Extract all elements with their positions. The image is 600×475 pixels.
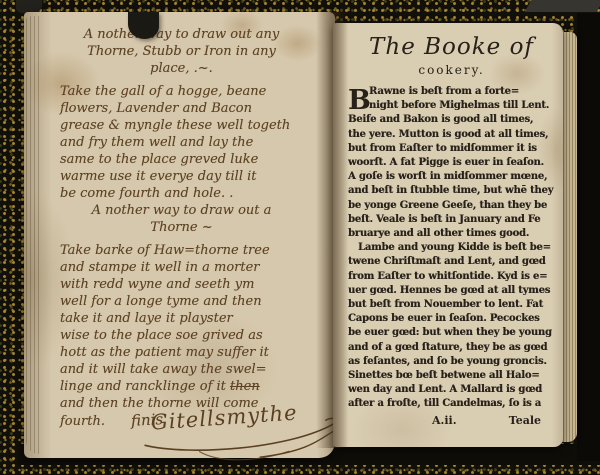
manuscript-heading-line: Thorne ~ bbox=[60, 219, 325, 236]
printed-line: but from Eaſter to midſommer it is bbox=[348, 142, 555, 156]
printed-line: Rawne is beſt from a forte= bbox=[348, 85, 555, 99]
manuscript-line: well for a longe tyme and then bbox=[60, 293, 325, 310]
drop-cap-letter: B bbox=[348, 87, 371, 114]
printed-line: beſt. Veale is beſt in January and Fe bbox=[348, 213, 555, 227]
gathering-signature-mark: A.ii. bbox=[432, 414, 457, 427]
manuscript-line-text: linge and rancklinge of it bbox=[60, 379, 230, 394]
printed-line: uer gœd. Hennes be gœd at all tymes bbox=[348, 284, 555, 298]
book-title: The Booke of bbox=[348, 32, 555, 62]
manuscript-heading-line: place, .~. bbox=[60, 60, 325, 77]
manuscript-heading-line: A nother way to draw out any bbox=[60, 26, 325, 43]
page-footer: A.ii. Teale bbox=[348, 414, 555, 427]
manuscript-line: take it and laye it playster bbox=[60, 310, 325, 327]
open-book-photo: A nother way to draw out any Thorne, Stu… bbox=[0, 0, 600, 475]
printed-line: Beife and Bakon is good all times, bbox=[348, 113, 555, 127]
printed-line: be yonge Greene Geeſe, than they be bbox=[348, 199, 555, 213]
closing-word: fourth. bbox=[60, 413, 105, 430]
printed-line: Sinettes bœ beſt betwene all Halo= bbox=[348, 369, 555, 383]
black-tab-mark bbox=[128, 12, 159, 39]
printed-line: A goſe is worſt in midſommer mœne, bbox=[348, 170, 555, 184]
book-subtitle: cookery. bbox=[348, 62, 555, 78]
manuscript-line: Take the gall of a hogge, beane bbox=[60, 83, 325, 100]
printed-line: after a froſte, till Candelmas, ſo is a bbox=[348, 397, 555, 411]
printed-line: from Eaſter to whitſontide. Kyd is e= bbox=[348, 270, 555, 284]
printed-line: and of a gœd ſtature, they be as gœd bbox=[348, 341, 555, 355]
printed-line: but beſt from Nouember to lent. Fat bbox=[348, 298, 555, 312]
printed-line: the yere. Mutton is good at all times, bbox=[348, 128, 555, 142]
printed-line: as feſantes, and ſo be young groncis. bbox=[348, 355, 555, 369]
printed-text-block: The Booke of cookery. B Rawne is beſt fr… bbox=[333, 23, 563, 427]
left-manuscript-page: A nother way to draw out any Thorne, Stu… bbox=[24, 12, 335, 458]
struck-word: then bbox=[230, 379, 260, 394]
manuscript-line: flowers, Lavender and Bacon bbox=[60, 100, 325, 117]
manuscript-line: hott as the patient may suffer it bbox=[60, 344, 325, 361]
printed-line: bruarye and all other times good. bbox=[348, 227, 555, 241]
manuscript-line: grease & myngle these well togeth bbox=[60, 117, 325, 134]
manuscript-line: be come fourth and hole. . bbox=[60, 185, 325, 202]
manuscript-text-block: A nother way to draw out any Thorne, Stu… bbox=[24, 12, 335, 430]
manuscript-line: Take barke of Haw=thorne tree bbox=[60, 242, 325, 259]
printed-line: twene Chriſtmaſt and Lent, and gœd bbox=[348, 255, 555, 269]
manuscript-line: with redd wyne and seeth ym bbox=[60, 276, 325, 293]
manuscript-line: wise to the place soe grived as bbox=[60, 327, 325, 344]
top-right-cloth-wedge bbox=[525, 0, 600, 12]
manuscript-heading-line: Thorne, Stubb or Iron in any bbox=[60, 43, 325, 60]
printed-line: Lambe and young Kidde is beſt be= bbox=[348, 241, 555, 255]
manuscript-line: warme use it everye day till it bbox=[60, 168, 325, 185]
printed-line: woorſt. A fat Pigge is euer in ſeaſon. bbox=[348, 156, 555, 170]
catchword: Teale bbox=[509, 414, 541, 427]
manuscript-line: and fry them well and lay the bbox=[60, 134, 325, 151]
manuscript-line: and stampe it well in a morter bbox=[60, 259, 325, 276]
manuscript-line: same to the place greved luke bbox=[60, 151, 325, 168]
printed-line: wen day and Lent. A Mallard is gœd bbox=[348, 383, 555, 397]
printed-line: Capons be euer in ſeaſon. Pecockes bbox=[348, 312, 555, 326]
printed-line: night before Mighelmas till Lent. bbox=[348, 99, 555, 113]
manuscript-line-with-strikeout: linge and rancklinge of it then bbox=[60, 378, 325, 395]
right-printed-page: The Booke of cookery. B Rawne is beſt fr… bbox=[333, 23, 563, 447]
right-dark-edge bbox=[577, 13, 600, 461]
manuscript-heading-line: A nother way to draw out a bbox=[60, 202, 325, 219]
printed-line: and beſt in ſtubble time, but whē they bbox=[348, 184, 555, 198]
manuscript-line: and it will take away the swel= bbox=[60, 361, 325, 378]
printed-line: be euer gœd: but when they be young bbox=[348, 326, 555, 340]
